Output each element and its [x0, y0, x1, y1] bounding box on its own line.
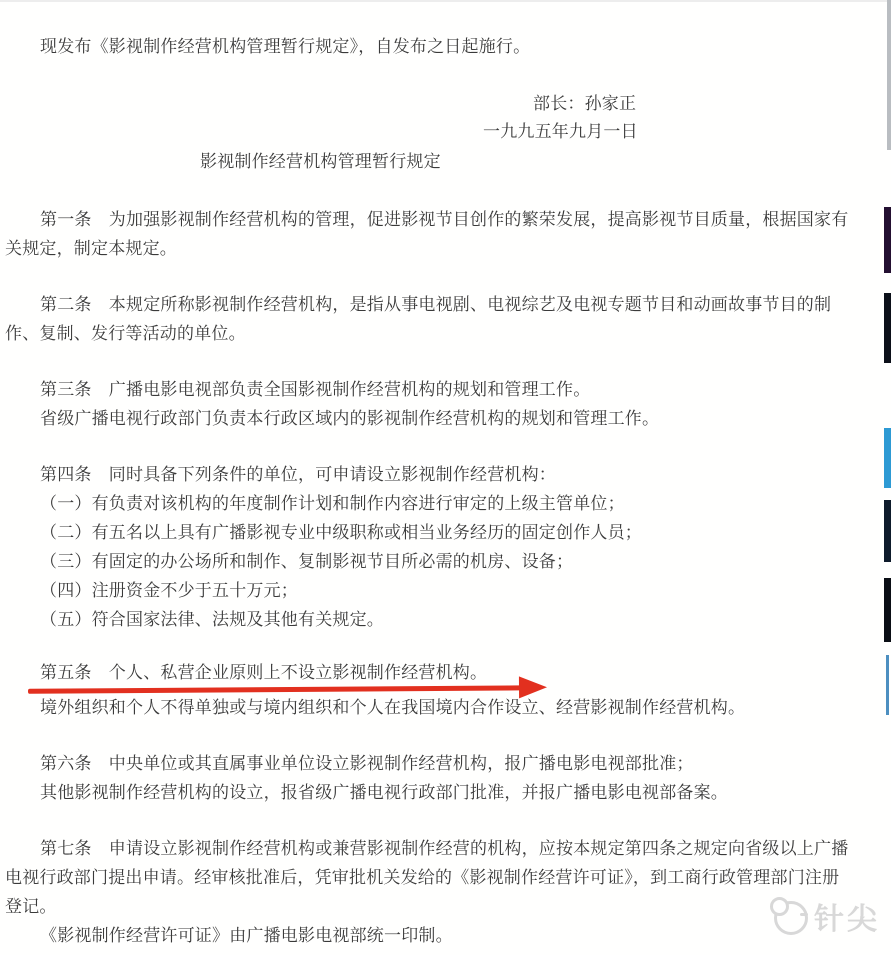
- article-4-item-4: （四）注册资金不少于五十万元；: [40, 580, 298, 602]
- zhenjian-watermark: 针尖: [770, 894, 880, 938]
- article-1-line-1: 第一条 为加强影视制作经营机构的管理，促进影视节目创作的繁荣发展，提高影视节目质…: [40, 209, 848, 231]
- bird-logo-icon: [770, 897, 810, 935]
- article-6-line-2: 其他影视制作经营机构的设立，报省级广播电视行政部门批准，并报广播电影电视部备案。: [40, 782, 728, 804]
- page-top-border: [0, 0, 891, 2]
- right-edge-thumbnail-bar: [884, 578, 891, 642]
- issue-date: 一九九五年九月一日: [483, 121, 638, 143]
- doc-title: 影视制作经营机构管理暂行规定: [200, 151, 441, 173]
- article-7-line-2: 电视行政部门提出申请。经审核批准后，凭审批机关发给的《影视制作经营许可证》，到工…: [5, 867, 839, 889]
- red-underline-arrow: [28, 674, 548, 702]
- article-2-line-2: 作、复制、发行等活动的单位。: [5, 323, 246, 345]
- red-arrow-shaft: [28, 685, 522, 693]
- right-edge-thumbnail-bar: [884, 207, 891, 273]
- article-4-item-1: （一）有负责对该机构的年度制作计划和制作内容进行审定的上级主管单位；: [40, 493, 625, 515]
- article-4-item-3: （三）有固定的办公场所和制作、复制影视节目所必需的机房、设备；: [40, 551, 573, 573]
- article-7-line-4: 《影视制作经营许可证》由广播电影电视部统一印制。: [40, 925, 453, 947]
- article-6-line-1: 第六条 中央单位或其直属事业单位设立影视制作经营机构，报广播电影电视部批准；: [40, 753, 694, 775]
- red-arrow-head-icon: [519, 676, 547, 698]
- article-1-line-2: 关规定，制定本规定。: [5, 238, 177, 260]
- article-4-item-5: （五）符合国家法律、法规及其他有关规定。: [40, 609, 384, 631]
- right-edge-thumbnail-bar: [884, 428, 891, 488]
- right-edge-thumbnail-bar: [884, 500, 891, 562]
- minister-signature: 部长：孙家正: [533, 93, 636, 115]
- article-7-line-1: 第七条 申请设立影视制作经营机构或兼营影视制作经营的机构，应按本规定第四条之规定…: [40, 838, 848, 860]
- article-2-line-1: 第二条 本规定所称影视制作经营机构，是指从事电视剧、电视综艺及电视专题节目和动画…: [40, 294, 831, 316]
- intro-line: 现发布《影视制作经营机构管理暂行规定》，自发布之日起施行。: [40, 36, 530, 58]
- article-4-item-2: （二）有五名以上具有广播影视专业中级职称或相当业务经历的固定创作人员；: [40, 522, 642, 544]
- article-3-line-1: 第三条 广播电影电视部负责全国影视制作经营机构的规划和管理工作。: [40, 379, 590, 401]
- article-7-line-3: 登记。: [5, 896, 57, 918]
- right-edge-thumbnail-bar: [884, 293, 891, 363]
- article-4-intro: 第四条 同时具备下列条件的单位，可申请设立影视制作经营机构：: [40, 464, 556, 486]
- watermark-text: 针尖: [814, 894, 880, 938]
- right-edge-thumbnail-bar: [886, 655, 889, 715]
- scrollbar-thumb[interactable]: [887, 0, 891, 150]
- article-3-line-2: 省级广播电视行政部门负责本行政区域内的影视制作经营机构的规划和管理工作。: [40, 408, 659, 430]
- document-page: 现发布《影视制作经营机构管理暂行规定》，自发布之日起施行。 部长：孙家正 一九九…: [0, 0, 891, 955]
